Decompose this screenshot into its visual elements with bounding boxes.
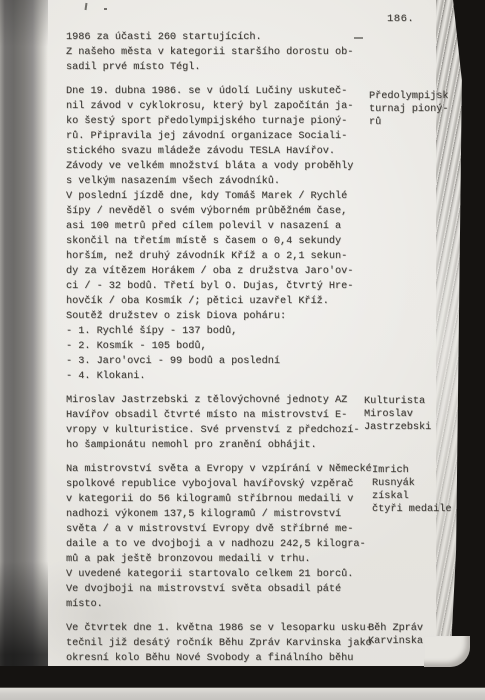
text-line: stického svazu mládeže závodu TESLA Haví… xyxy=(66,144,386,159)
text-line: Jastrzebski xyxy=(364,421,482,434)
left-scan-shadow xyxy=(0,0,48,668)
text-line: Miroslav xyxy=(364,408,482,421)
margin-note-weightlifter: ImrichRusnyákzískalčtyři medaile xyxy=(372,464,485,516)
text-line: Běh Zpráv xyxy=(368,622,485,635)
paragraph-race-results: 1986 za účasti 260 startujících.Z našeho… xyxy=(66,30,386,75)
text-line: rů. Připravila jej závodní organizace So… xyxy=(66,129,386,144)
text-line: Z našeho města v kategorii staršího doro… xyxy=(66,45,386,60)
text-line: asi 100 metrů před cílem polevil v nasaz… xyxy=(66,219,386,234)
paragraph-weightlifting: Na mistrovství světa a Evropy v vzpírání… xyxy=(66,462,386,612)
text-line: Ve čtvrtek dne 1. května 1986 se v lesop… xyxy=(66,621,386,636)
text-line: - 1. Rychlé šípy - 137 bodů, xyxy=(66,324,386,339)
text-line: čtyři medaile xyxy=(372,503,485,516)
text-line: okresní kolo Běhu Nové Svobody a finální… xyxy=(66,651,386,666)
text-line: tečnil již desátý ročník Běhu Zpráv Karv… xyxy=(66,636,386,651)
text-line: Havířov obsadil čtvrté místo na mistrovs… xyxy=(66,408,386,423)
text-line: sadil prvé místo Tégl. xyxy=(66,60,386,75)
text-line: s velkým nasazením všech závodníků. xyxy=(66,174,386,189)
text-line: Kulturista xyxy=(364,395,482,408)
paragraph-cyclocross: Dne 19. dubna 1986. se v údolí Lučiny us… xyxy=(66,84,386,384)
text-line: Předolympijsk xyxy=(369,90,485,103)
paragraph-bodybuilding: Miroslav Jastrzebski z tělovýchovné jedn… xyxy=(66,393,386,453)
text-line: Dne 19. dubna 1986. se v údolí Lučiny us… xyxy=(66,84,386,99)
text-line: Rusnyák xyxy=(372,477,485,490)
text-line: Na mistrovství světa a Evropy v vzpírání… xyxy=(66,462,386,477)
text-line: horším, než druhý závodník Kříž a o 2,1 … xyxy=(66,249,386,264)
text-line: rů xyxy=(369,116,485,129)
text-line: 1986 za účasti 260 startujících. xyxy=(66,30,386,45)
text-line: Karvinska xyxy=(368,635,485,648)
text-line: světa / a v mistrovství Evropy dvě stříb… xyxy=(66,522,386,537)
scanner-bed-strip xyxy=(0,687,485,700)
text-line: ci / - 32 bodů. Třetí byl O. Dujas, čtvr… xyxy=(66,279,386,294)
text-line: v kategorii do 56 kilogramů stříbrnou me… xyxy=(66,492,386,507)
scanned-page: 186. 1986 za účasti 260 startujících.Z n… xyxy=(0,0,485,700)
page-number: 186. xyxy=(387,13,414,25)
text-line: místo. xyxy=(66,597,386,612)
margin-note-bodybuilder: KulturistaMiroslavJastrzebski xyxy=(364,395,482,434)
text-line: nadhozi výkonem 137,5 kilogramů / mistro… xyxy=(66,507,386,522)
text-line: Soutěž družstev o zisk Diova poháru: xyxy=(66,309,386,324)
text-line: získal xyxy=(372,490,485,503)
text-line: daile a to ve dvojboji a v nadhozu 242,5… xyxy=(66,537,386,552)
text-line: šípy / nevěděl o svém výborném průběžném… xyxy=(66,204,386,219)
margin-note-preolympic-tournament: Předolympijskturnaj pioný-rů xyxy=(369,90,485,129)
text-line: Závody ve velkém množství bláta a vody p… xyxy=(66,159,386,174)
text-line: Imrich xyxy=(372,464,485,477)
text-line: hovčík / oba Kosmík /; pětici uzavřel Kř… xyxy=(66,294,386,309)
text-line: V uvedené kategorii startovalo celkem 21… xyxy=(66,567,386,582)
text-line: nil závod v cyklokrosu, který byl započí… xyxy=(66,99,386,114)
text-line: ko šestý sport předolympijského turnaje … xyxy=(66,114,386,129)
text-line: V poslední jízdě dne, kdy Tomáš Marek / … xyxy=(66,189,386,204)
paragraph-run: Ve čtvrtek dne 1. května 1986 se v lesop… xyxy=(66,621,386,666)
text-line: mů a pak ještě bronzovou medaili v trhu. xyxy=(66,552,386,567)
text-line: Ve dvojboji na mistrovství světa obsadil… xyxy=(66,582,386,597)
text-line: turnaj pioný- xyxy=(369,103,485,116)
main-text-column: 1986 za účasti 260 startujících.Z našeho… xyxy=(66,30,386,675)
text-line: Miroslav Jastrzebski z tělovýchovné jedn… xyxy=(66,393,386,408)
text-line: - 3. Jaro'ovci - 99 bodů a poslední xyxy=(66,354,386,369)
text-line: - 2. Kosmík - 105 bodů, xyxy=(66,339,386,354)
scan-artifact xyxy=(104,8,107,10)
text-line: vropy v kulturistice. Své prvenství z př… xyxy=(66,423,386,438)
text-line: - 4. Klokani. xyxy=(66,369,386,384)
text-line: ho šampionátu nemohl pro zranění obhájit… xyxy=(66,438,386,453)
text-line: skončil na třetím místě s časem o 0,4 se… xyxy=(66,234,386,249)
margin-note-karvinska-run: Běh ZprávKarvinska xyxy=(368,622,485,648)
text-line: dy za vítězem Horákem / oba z družstva J… xyxy=(66,264,386,279)
text-line: spolkové republice vybojoval havířovský … xyxy=(66,477,386,492)
